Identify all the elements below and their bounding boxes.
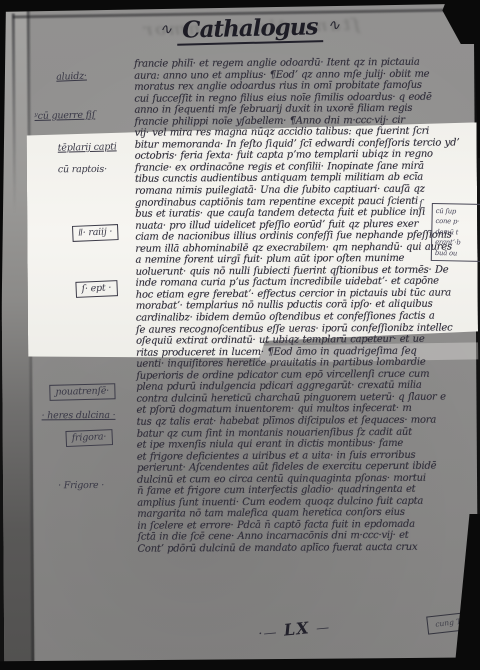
folio-flourish-right: — bbox=[315, 620, 330, 636]
title-flourish-left: ∿ bbox=[159, 20, 172, 38]
right-margin-mark: ſ bbox=[419, 199, 423, 210]
margin-note-raptois: cū raptois· bbox=[58, 164, 107, 175]
margin-note-templarii-capti: tēplarij capti bbox=[58, 141, 117, 153]
title-flourish-right: ∿ bbox=[327, 16, 340, 34]
margin-box-frigora: frigora· bbox=[65, 429, 112, 447]
main-text-block: francie philī· et regem anglie odoardū· … bbox=[134, 57, 447, 556]
margin-note-heres-dulcina: · heres dulcina · bbox=[42, 410, 116, 422]
right-margin-line: cone p· bbox=[435, 216, 480, 227]
folio-number: ·— LX — bbox=[228, 614, 359, 645]
folio-number-text: LX bbox=[283, 618, 310, 639]
margin-box-raiij: ǁ· raiij · bbox=[72, 224, 119, 242]
page-title-text: Cathalogus bbox=[177, 13, 323, 46]
margin-note-frigore: · Frigore · bbox=[58, 480, 104, 491]
margin-note-guerre: ʸcū guerre fiſ bbox=[34, 109, 95, 121]
page-title: ∿ Cathalogus ∿ bbox=[138, 12, 363, 44]
margin-note-aluidz: aluidz· bbox=[56, 71, 87, 83]
manuscript-page: ſtanuatio comnmor ∿ Cathalogus ∿ francie… bbox=[0, 2, 478, 661]
margin-box-nouatrense: ɲouatrenſē· bbox=[49, 383, 115, 401]
right-margin-line: buā ou bbox=[435, 248, 480, 259]
folio-flourish-left: ·— bbox=[258, 625, 278, 642]
text-line: Contʼ pdōrū dulcinū de mandato aplīco fu… bbox=[137, 542, 447, 556]
right-margin-line: erantʼ·b bbox=[435, 237, 480, 248]
right-margin-note-box: cū ſupcone p·demū terantʼ·bbuā ou bbox=[431, 203, 480, 262]
margin-box-ept: ſ· ept · bbox=[75, 280, 117, 298]
manuscript-scan: ſtanuatio comnmor ∿ Cathalogus ∿ francie… bbox=[0, 0, 480, 670]
